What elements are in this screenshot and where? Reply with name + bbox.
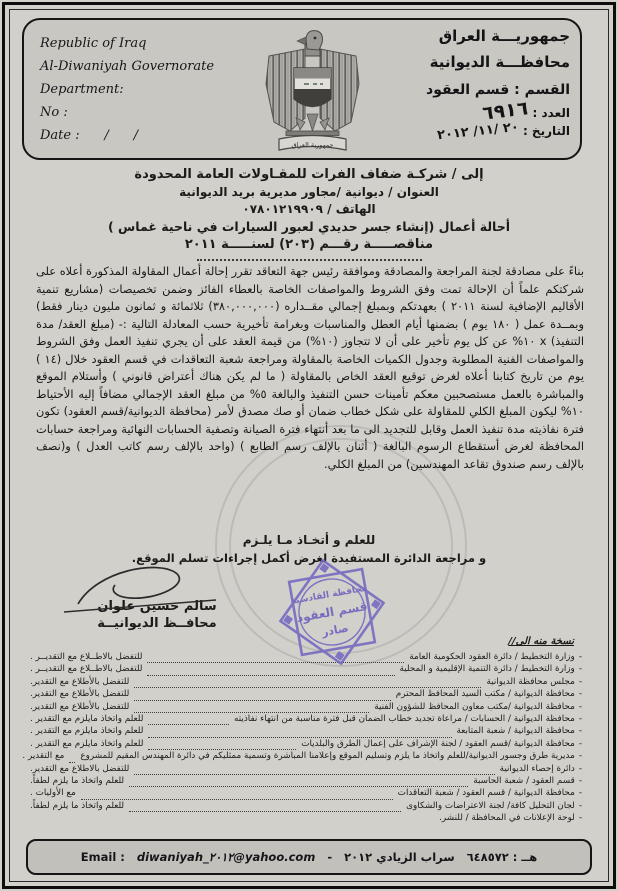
cc-dotted-leader [81,790,393,800]
footer-contact-bar: Email : diwaniyah_٢٠١٢@yahoo.com - سراب … [26,839,592,875]
cc-item-dash: - [579,651,582,663]
cc-item-action: للتفضل بالأطلاع مع التقدير. [30,688,129,700]
letterhead-en-country: Republic of Iraq [40,32,214,55]
cc-dotted-leader [148,728,451,738]
letterhead-ar-country: جمهوريـــة العراق [390,28,570,45]
recipient-phone-line: الهاتف / ٠٧٨٠١٢١٩٩٠٩ [0,201,618,218]
subject-line: أحالة أعمال (إنشاء جسر حديدي لعبور السيا… [0,218,618,236]
letter-date-value: ٢٠ /١١/ ٢٠١٢ [436,120,519,143]
cc-dotted-leader [134,703,369,713]
cc-item-destination: مديرية طرق وجسور الديوانية/للعلم واتخاذ … [80,750,574,762]
cc-item-destination: دائرة إحصاء الديوانية [500,763,575,775]
letterhead-ar-department: القسم : قسم العقود [390,82,570,98]
cc-item-dash: - [579,800,582,812]
footer-email-label: Email : [81,850,125,864]
body-paragraph: بناءً على مصادقة لجنة المراجعة والمصادقة… [36,263,584,473]
footer-author-name: سراب الزيادي ٢٠١٢ [344,850,455,864]
cc-dotted-leader [148,715,229,725]
recipient-block: إلى / شركـة ضفاف الفرات للمقـاولات العام… [0,166,618,261]
letter-date-row: التاريخ : ٢٠ /١١/ ٢٠١٢ [390,124,570,139]
cc-item-destination: لوحة الإعلانات في المحافظة / للنشر. [439,812,575,824]
cc-item-dash: - [579,688,582,700]
cc-dotted-leader [129,777,468,787]
tender-line: مناقصـــــة رقـــم (٢٠٣) لسنـــــة ٢٠١١ [0,236,618,254]
cc-item-action: للعلم واتخاذ مايلزم مع التقدير . [30,725,143,737]
cc-item-destination: محافظة الديوانية / شعبة المتابعة [457,725,575,737]
cc-item-dash: - [579,763,582,775]
stamp-word-text: صادر [320,621,350,639]
cc-item-destination: لجان التحليل كافة/ لجنة الاعتراضات والشك… [406,800,575,812]
cc-dotted-leader [129,802,401,812]
cc-item-action: مع التقدير . [22,750,64,762]
emblem-caption-text: جمهورية العراق [292,141,334,149]
cc-item-destination: محافظة الديوانية / مكتب السيد المحافظ ال… [396,688,575,700]
closing-line-1: للعلم و أتخـاذ مـا يلـزم [0,531,618,549]
cc-list-item: - قسم العقود / شعبة الحاسبة للعلم واتخاذ… [30,775,582,787]
cc-item-destination: مجلس محافظة الديوانية [486,676,574,688]
cc-item-dash: - [579,787,582,799]
cc-item-destination: محافظة الديوانية /مكتب معاون المحافظ للش… [374,701,575,713]
cc-item-destination: محافظة الديوانية / قسم العقود / شعبة الت… [398,787,575,799]
cc-item-dash: - [579,676,582,688]
iraq-eagle-emblem-icon: جمهورية العراق [260,26,365,154]
footer-dash: - [327,850,332,864]
letterhead-english: Republic of Iraq Al-Diwaniyah Governorat… [40,32,214,147]
cc-item-dash: - [579,713,582,725]
cc-item-destination: وزارة التخطيط / دائرة التنمية الإقليمية … [400,663,575,675]
letterhead: Republic of Iraq Al-Diwaniyah Governorat… [22,18,582,160]
cc-item-action: للتفضل بالاطــلاع مع التقديــر . [30,663,142,675]
dotted-separator [197,257,422,261]
cc-list-item: - محافظة الديوانية /قسم العقود / لجنة ال… [30,738,582,750]
cc-item-dash: - [579,750,582,762]
contracts-department-stamp: محافظة القادسية قسم العقود صادر [262,541,402,684]
cc-item-dash: - [579,663,582,675]
letterhead-arabic: جمهوريـــة العراق محافظـــة الديوانية ال… [390,28,570,139]
cc-list-item: - محافظة الديوانية / مكتب السيد المحافظ … [30,688,582,700]
cc-item-dash: - [579,738,582,750]
footer-phone: هــ : ٦٤٨٥٧٢ [467,850,538,864]
cc-list-item: - محافظة الديوانية /مكتب معاون المحافظ ل… [30,701,582,713]
cc-list-item: - لجان التحليل كافة/ لجنة الاعتراضات وال… [30,800,582,812]
cc-item-destination: قسم العقود / شعبة الحاسبة [473,775,575,787]
cc-item-dash: - [579,725,582,737]
cc-dotted-leader [69,753,75,763]
cc-dotted-leader [148,740,296,750]
cc-list-item: - مديرية طرق وجسور الديوانية/للعلم واتخا… [30,750,582,762]
cc-list-item: - دائرة إحصاء الديوانية للتفضل بالاطلاع … [30,763,582,775]
cc-item-action: للعلم واتخاذ ما يلزم لطفاً. [30,800,124,812]
cc-item-action: مع الأوليات . [30,787,76,799]
cc-item-dash: - [579,812,582,824]
cc-heading: نسخة منه الى// [508,636,574,647]
cc-item-action: للتفضل بالأطلاع مع التقدير. [30,701,129,713]
letterhead-en-governorate: Al-Diwaniyah Governorate [40,55,214,78]
cc-item-action: للتفضل بالاطلاع مع التقدير. [30,763,129,775]
cc-dotted-leader [134,691,390,701]
cc-item-action: للتفضل بالأطلاع مع التقدير. [30,676,129,688]
cc-item-destination: محافظة الديوانية /قسم العقود / لجنة الإش… [301,738,575,750]
letterhead-en-department: Department: [40,78,214,101]
cc-list-item: - لوحة الإعلانات في المحافظة / للنشر. [30,812,582,824]
letter-number-label: العدد : [533,106,570,120]
cc-list-item: - محافظة الديوانية / الحسابات / مراعاة ت… [30,713,582,725]
letter-date-label: التاريخ : [523,124,570,138]
letterhead-en-number: No : [40,101,214,124]
cc-dotted-leader [134,765,494,775]
cc-list-item: - محافظة الديوانية / شعبة المتابعة للعلم… [30,725,582,737]
cc-item-destination: وزارة التخطيط / دائرة العقود الحكومية ال… [409,651,575,663]
cc-item-destination: محافظة الديوانية / الحسابات / مراعاة تجد… [234,713,575,725]
handwritten-signature [58,560,228,620]
cc-item-action: للعلم واتخاذ ما يلزم لطفاً. [30,775,124,787]
cc-dotted-leader [134,678,481,688]
letterhead-en-date: Date : / / [40,124,214,147]
recipient-address-line: العنوان / ديوانية /مجاور مديرية بريد الد… [0,184,618,201]
cc-item-action: للعلم واتخاذ مايلزم مع التقدير . [30,738,143,750]
cc-item-action: للتفضل بالاطــلاع مع التقديــر . [30,651,142,663]
footer-email-address: diwaniyah_٢٠١٢@yahoo.com [137,850,315,864]
cc-list-item: - محافظة الديوانية / قسم العقود / شعبة ا… [30,787,582,799]
letter-number-row: العدد : ٦٩١٦ [390,100,570,122]
cc-item-dash: - [579,701,582,713]
cc-item-dash: - [579,775,582,787]
letterhead-ar-governorate: محافظـــة الديوانية [390,54,570,71]
recipient-to-line: إلى / شركـة ضفاف الفرات للمقـاولات العام… [0,166,618,184]
scanned-letter-page: Republic of Iraq Al-Diwaniyah Governorat… [0,0,618,891]
cc-item-action: للعلم واتخاذ مايلزم مع التقدير . [30,713,143,725]
